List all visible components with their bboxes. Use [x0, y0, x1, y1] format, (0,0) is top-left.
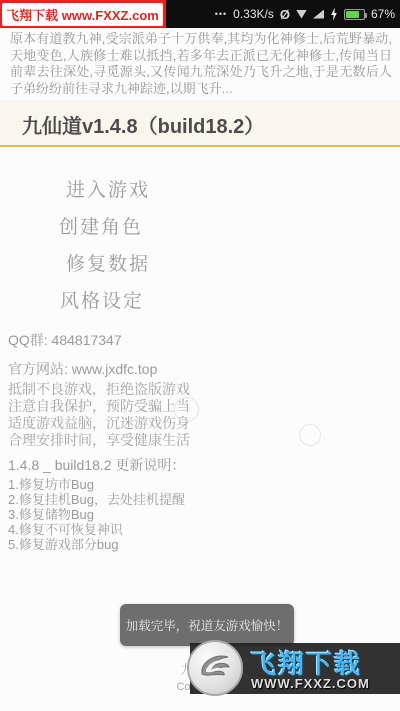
battery-icon: [344, 9, 365, 20]
watermark-url: WWW.FXXZ.COM: [251, 676, 370, 691]
menu-item-enter-game[interactable]: 进入游戏: [0, 170, 260, 207]
changelog-item: 5.修复游戏部分bug: [8, 537, 185, 552]
qq-group: QQ群: 484817347: [8, 330, 157, 350]
official-website[interactable]: 官方网站: www.jxdfc.top: [8, 359, 157, 379]
charging-icon: [330, 8, 338, 21]
mute-icon: Ø: [280, 7, 290, 22]
notice-line: 合理安排时间，享受健康生活: [8, 432, 190, 449]
menu-item-create-character[interactable]: 创建角色: [0, 207, 260, 244]
menu-item-repair-data[interactable]: 修复数据: [0, 244, 260, 281]
intro-story-text: 原本有道教九神,受宗派弟子十万供奉,其均为化神修士,后荒野暴动,天地变色,人族修…: [10, 31, 392, 97]
notification-dots-icon: •••: [215, 9, 227, 19]
decor-circle: [174, 397, 199, 422]
fxxz-logo-icon: [187, 640, 243, 696]
site-watermark-text: 飞翔下载 www.FXXZ.com: [6, 5, 159, 24]
app-screen: ••• 0.33K/s Ø 67% 飞翔下载 www.FXXZ.com 原本有道…: [0, 0, 400, 711]
cell-signal-icon: [313, 10, 324, 19]
launcher-menu: 进入游戏 创建角色 修复数据 风格设定: [0, 170, 260, 318]
notice-line: 适度游戏益脑，沉迷游戏伤身: [8, 415, 190, 432]
wifi-icon: [296, 10, 307, 19]
changelog-item: 4.修复不可恢复神识: [8, 522, 185, 537]
title-bar: 九仙道v1.4.8（build18.2）: [0, 100, 400, 147]
site-watermark-top: 飞翔下载 www.FXXZ.com: [0, 0, 166, 28]
menu-item-style-settings[interactable]: 风格设定: [0, 281, 260, 318]
contact-info: QQ群: 484817347 官方网站: www.jxdfc.top: [8, 330, 157, 388]
battery-percent: 67%: [371, 7, 395, 21]
notice-line: 抵制不良游戏，拒绝盗版游戏: [8, 381, 190, 398]
decor-circle: [299, 424, 321, 446]
toast-message: 加载完毕，祝道友游戏愉快！: [126, 616, 289, 634]
toast-notification: 加载完毕，祝道友游戏愉快！: [120, 604, 294, 646]
changelog-title: 1.4.8 _ build18.2 更新说明：: [8, 455, 185, 475]
site-watermark-box: 飞翔下载 www.FXXZ.com: [2, 3, 163, 26]
health-notice: 抵制不良游戏，拒绝盗版游戏 注意自我保护，预防受骗上当 适度游戏益脑，沉迷游戏伤…: [8, 381, 190, 449]
network-speed: 0.33K/s: [233, 7, 274, 21]
changelog-item: 3.修复储物Bug: [8, 507, 185, 522]
battery-nub: [365, 13, 367, 18]
battery-fill: [346, 11, 359, 18]
changelog-item: 2.修复挂机Bug，去处挂机提醒: [8, 492, 185, 507]
wing-swoosh-icon: [193, 646, 237, 690]
notice-line: 注意自我保护，预防受骗上当: [8, 398, 190, 415]
changelog-item: 1.修复坊市Bug: [8, 477, 185, 492]
page-title: 九仙道v1.4.8（build18.2）: [22, 110, 264, 139]
changelog-list: 1.修复坊市Bug 2.修复挂机Bug，去处挂机提醒 3.修复储物Bug 4.修…: [8, 477, 185, 552]
